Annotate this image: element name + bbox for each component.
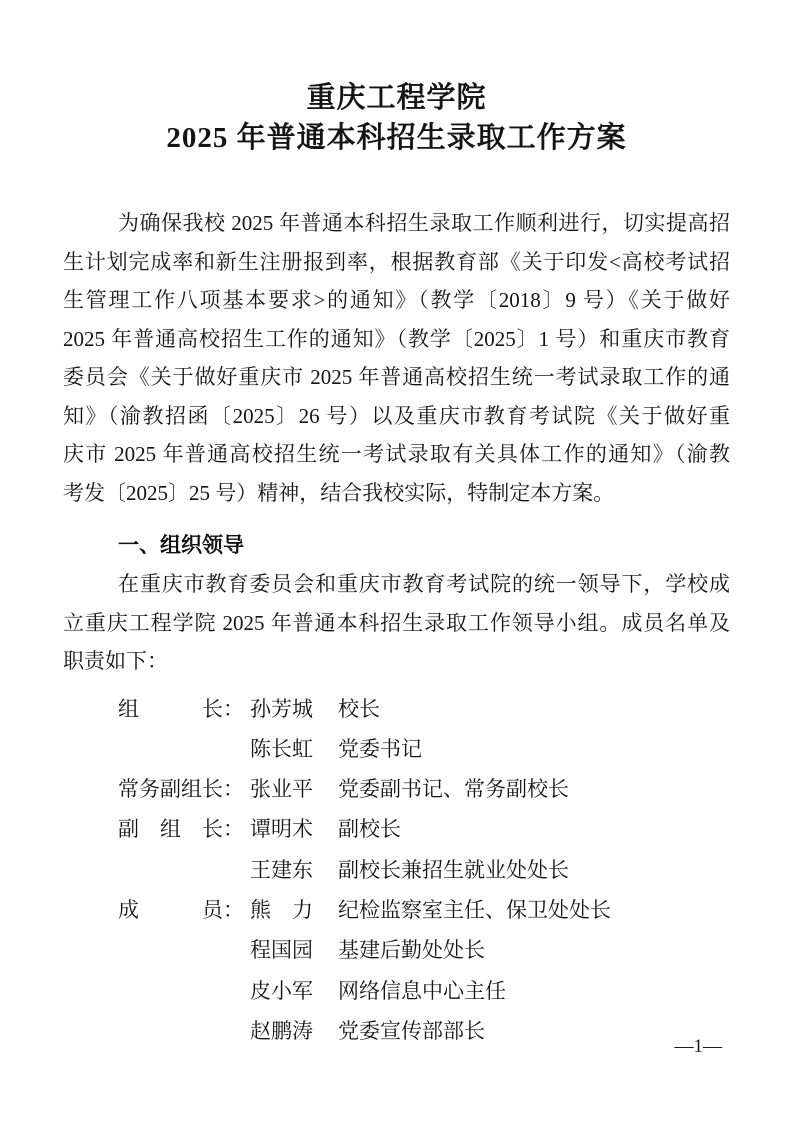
roster-name: 熊 力	[250, 890, 338, 930]
roster-role	[118, 1011, 250, 1051]
title-line-2: 2025 年普通本科招生录取工作方案	[63, 118, 730, 158]
title-line-1: 重庆工程学院	[63, 78, 730, 118]
intro-line: 委员会《关于做好重庆市 2025 年普通高校招生统一考试录取工作的通	[63, 358, 730, 397]
roster-role: 组 长：	[118, 689, 250, 729]
roster-row: 皮小军网络信息中心主任	[63, 971, 730, 1011]
section-1-line: 在重庆市教育委员会和重庆市教育考试院的统一领导下，学校成	[63, 565, 730, 604]
section-1-line: 立重庆工程学院 2025 年普通本科招生录取工作领导小组。成员名单及	[63, 604, 730, 643]
roster-row: 王建东副校长兼招生就业处处长	[63, 850, 730, 890]
roster-role	[118, 729, 250, 769]
roster-row: 程国园基建后勤处处长	[63, 930, 730, 970]
intro-paragraph: 为确保我校 2025 年普通本科招生录取工作顺利进行，切实提高招 生计划完成率和…	[63, 204, 730, 512]
roster-title: 党委书记	[338, 729, 730, 769]
roster-title: 基建后勤处处长	[338, 930, 730, 970]
roster-name: 程国园	[250, 930, 338, 970]
roster-row: 赵鹏涛党委宣传部部长	[63, 1011, 730, 1051]
intro-line: 知》（渝教招函〔2025〕26 号）以及重庆市教育考试院《关于做好重	[63, 397, 730, 436]
roster-row: 组 长：孙芳城校长	[63, 689, 730, 729]
section-1-heading: 一、组织领导	[63, 526, 730, 565]
roster-title: 党委副书记、常务副校长	[338, 769, 730, 809]
roster-row: 陈长虹党委书记	[63, 729, 730, 769]
intro-line: 为确保我校 2025 年普通本科招生录取工作顺利进行，切实提高招	[63, 204, 730, 243]
roster-name: 王建东	[250, 850, 338, 890]
roster-name: 孙芳城	[250, 689, 338, 729]
roster-role: 副 组 长：	[118, 809, 250, 849]
document-page: 重庆工程学院 2025 年普通本科招生录取工作方案 为确保我校 2025 年普通…	[0, 0, 794, 1122]
intro-line: 庆市 2025 年普通高校招生统一考试录取有关具体工作的通知》（渝教	[63, 435, 730, 474]
roster-row: 常务副组长：张业平党委副书记、常务副校长	[63, 769, 730, 809]
roster-name: 赵鹏涛	[250, 1011, 338, 1051]
page-number: —1—	[675, 1036, 723, 1058]
roster-title: 网络信息中心主任	[338, 971, 730, 1011]
intro-line: 2025 年普通高校招生工作的通知》（教学〔2025〕1 号）和重庆市教育	[63, 320, 730, 359]
roster-role	[118, 930, 250, 970]
roster-row: 副 组 长：谭明术副校长	[63, 809, 730, 849]
roster-name: 皮小军	[250, 971, 338, 1011]
roster-row: 成 员：熊 力纪检监察室主任、保卫处处长	[63, 890, 730, 930]
roster-name: 张业平	[250, 769, 338, 809]
roster-title: 纪检监察室主任、保卫处处长	[338, 890, 730, 930]
roster-name: 谭明术	[250, 809, 338, 849]
intro-line: 生计划完成率和新生注册报到率，根据教育部《关于印发<高校考试招	[63, 243, 730, 282]
roster-role	[118, 850, 250, 890]
roster-title: 校长	[338, 689, 730, 729]
roster-title: 副校长	[338, 809, 730, 849]
roster-role: 常务副组长：	[118, 769, 250, 809]
roster-role	[118, 971, 250, 1011]
roster-title: 副校长兼招生就业处处长	[338, 850, 730, 890]
section-1-paragraph: 在重庆市教育委员会和重庆市教育考试院的统一领导下，学校成 立重庆工程学院 202…	[63, 565, 730, 681]
intro-line: 考发〔2025〕25 号）精神，结合我校实际，特制定本方案。	[63, 474, 730, 513]
document-title: 重庆工程学院 2025 年普通本科招生录取工作方案	[63, 78, 730, 158]
roster-name: 陈长虹	[250, 729, 338, 769]
roster-title: 党委宣传部部长	[338, 1011, 730, 1051]
section-1-line: 职责如下：	[63, 642, 730, 681]
leadership-roster: 组 长：孙芳城校长 陈长虹党委书记 常务副组长：张业平党委副书记、常务副校长 副…	[63, 689, 730, 1052]
intro-line: 生管理工作八项基本要求>的通知》（教学〔2018〕9 号）《关于做好	[63, 281, 730, 320]
roster-role: 成 员：	[118, 890, 250, 930]
